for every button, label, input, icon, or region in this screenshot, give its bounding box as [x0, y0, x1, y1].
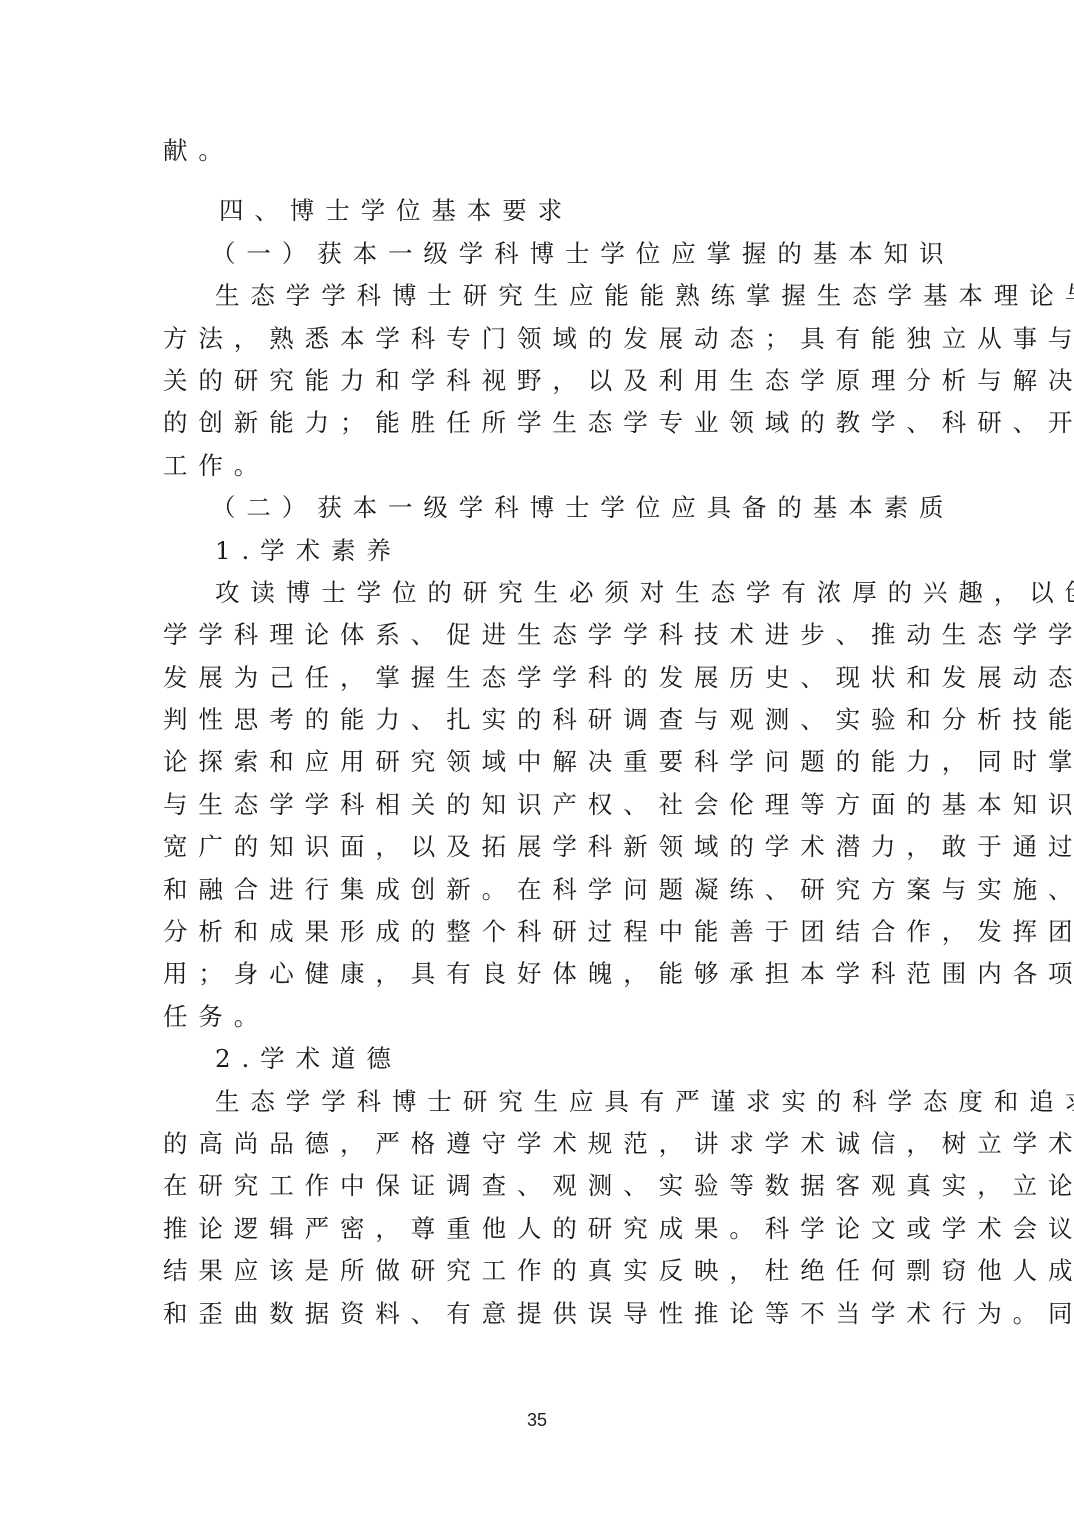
item-heading: 2.学术道德	[163, 1038, 913, 1080]
paragraph-line: 方法，熟悉本学科专门领域的发展动态；具有能独立从事与生态学相	[163, 318, 913, 360]
paragraph-line: 和融合进行集成创新。在科学问题凝练、研究方案与实施、研究结果	[163, 869, 913, 911]
paragraph-line: 工作。	[163, 445, 913, 487]
paragraph-line: 论探索和应用研究领域中解决重要科学问题的能力，同时掌握一定的	[163, 741, 913, 783]
continuation-line: 献。	[163, 130, 913, 172]
paragraph-line: 关的研究能力和学科视野，以及利用生态学原理分析与解决相关问题	[163, 360, 913, 402]
subsection-heading: （二）获本一级学科博士学位应具备的基本素质	[163, 487, 913, 529]
paragraph-line: 分析和成果形成的整个科研过程中能善于团结合作，发挥团队的作	[163, 911, 913, 953]
document-page: 献。 四、博士学位基本要求 （一）获本一级学科博士学位应掌握的基本知识 生态学学…	[163, 130, 913, 1335]
paragraph-line: 发展为己任，掌握生态学学科的发展历史、现状和发展动态。具有批	[163, 657, 913, 699]
paragraph-line: 判性思考的能力、扎实的科研调查与观测、实验和分析技能以及在理	[163, 699, 913, 741]
paragraph-line: 在研究工作中保证调查、观测、实验等数据客观真实，立论依据充分，	[163, 1165, 913, 1207]
section-heading: 四、博士学位基本要求	[163, 190, 913, 232]
paragraph-line: 与生态学学科相关的知识产权、社会伦理等方面的基本知识。具备较	[163, 784, 913, 826]
page-number: 35	[0, 1410, 1074, 1431]
paragraph-line: 宽广的知识面，以及拓展学科新领域的学术潜力，敢于通过学科交叉	[163, 826, 913, 868]
paragraph-line: 结果应该是所做研究工作的真实反映，杜绝任何剽窃他人成果、捏造	[163, 1250, 913, 1292]
paragraph-line: 的创新能力；能胜任所学生态学专业领域的教学、科研、开发和管理	[163, 402, 913, 444]
paragraph-line: 和歪曲数据资料、有意提供误导性推论等不当学术行为。同时，还应	[163, 1293, 913, 1335]
paragraph-line: 任务。	[163, 996, 913, 1038]
paragraph-line: 的高尚品德，严格遵守学术规范，讲求学术诚信，树立学术自律意识。	[163, 1123, 913, 1165]
paragraph-line: 学学科理论体系、促进生态学学科技术进步、推动生态学学科可持续	[163, 614, 913, 656]
paragraph-line: 推论逻辑严密，尊重他人的研究成果。科学论文或学术会议上发布的	[163, 1208, 913, 1250]
subsection-heading: （一）获本一级学科博士学位应掌握的基本知识	[163, 233, 913, 275]
paragraph-line: 用；身心健康，具有良好体魄，能够承担本学科范围内各项专业工作	[163, 953, 913, 995]
paragraph-line: 攻读博士学位的研究生必须对生态学有浓厚的兴趣，以创新生态	[163, 572, 913, 614]
paragraph-line: 生态学学科博士研究生应能能熟练掌握生态学基本理论与研究	[163, 275, 913, 317]
paragraph-line: 生态学学科博士研究生应具有严谨求实的科学态度和追求真理	[163, 1081, 913, 1123]
item-heading: 1.学术素养	[163, 530, 913, 572]
